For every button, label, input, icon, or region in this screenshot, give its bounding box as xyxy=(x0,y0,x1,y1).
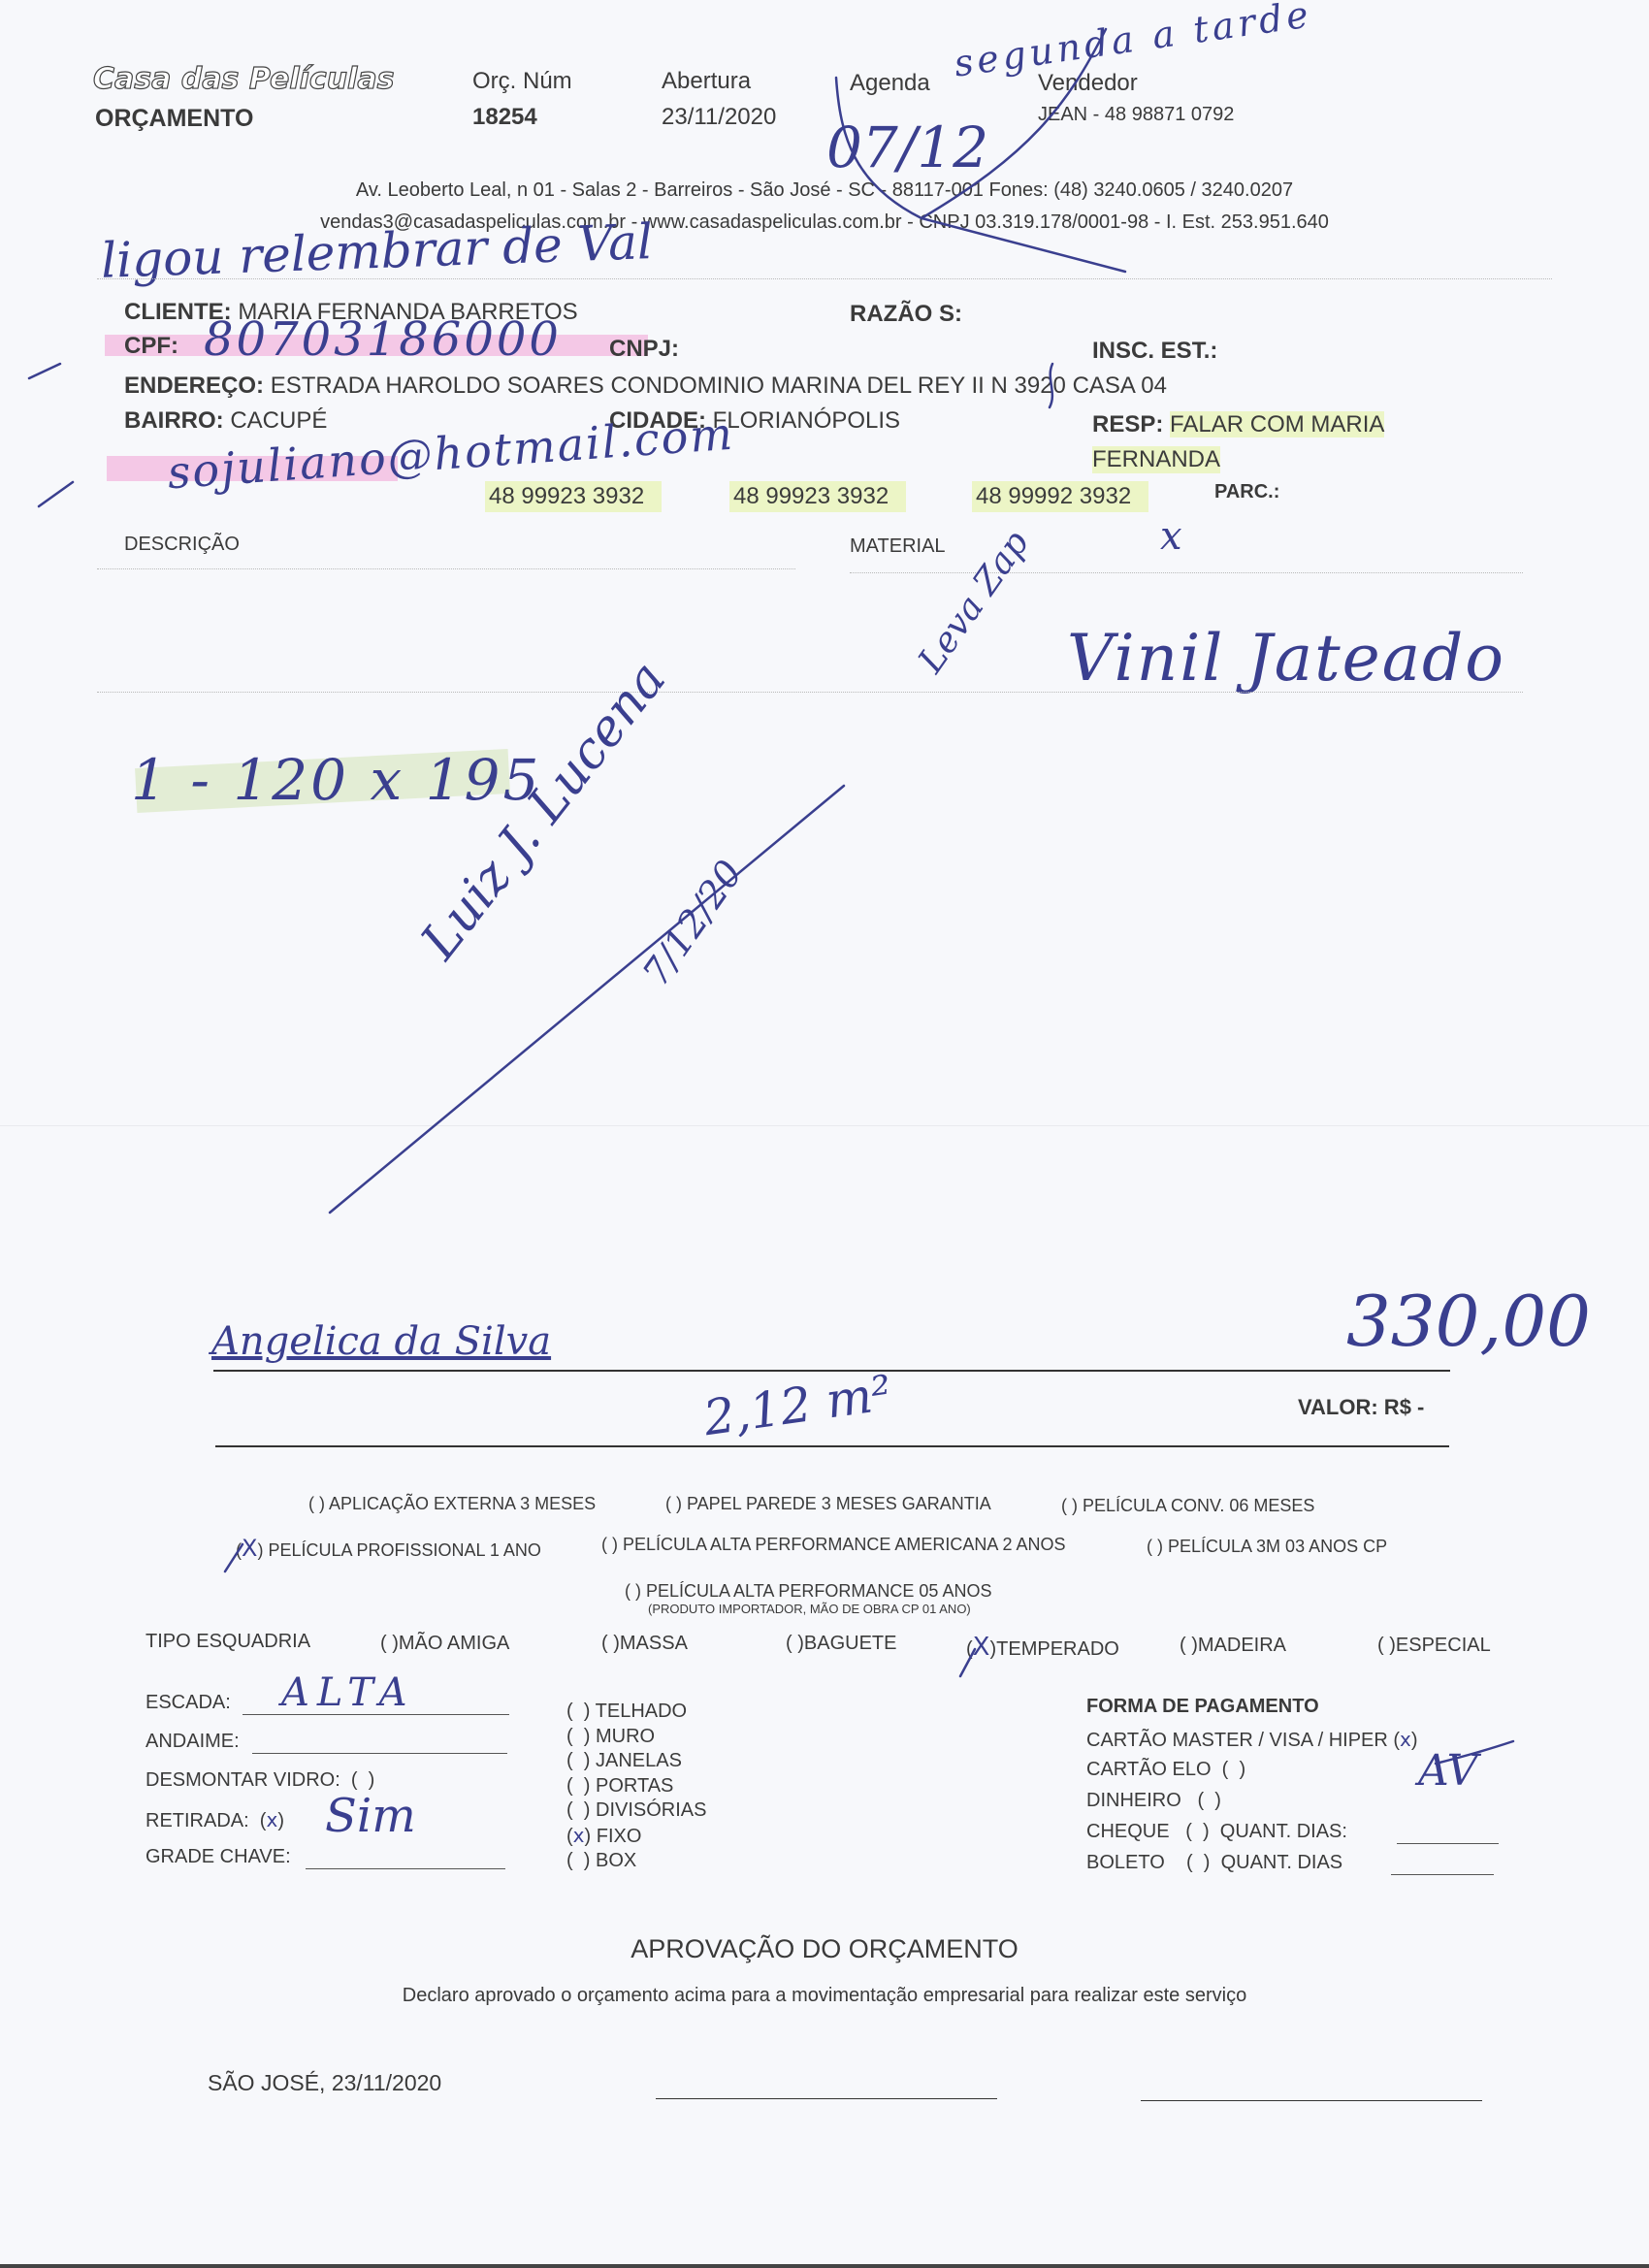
grade-chave-field[interactable] xyxy=(306,1868,505,1869)
esquadria-option-label: MÃO AMIGA xyxy=(399,1633,509,1654)
retirada-field[interactable]: RETIRADA: (x) xyxy=(145,1808,284,1832)
location-label: FIXO xyxy=(597,1826,642,1847)
company-address: Av. Leoberto Leal, n 01 - Salas 2 - Barr… xyxy=(0,179,1649,202)
valor-rule-2 xyxy=(215,1445,1449,1447)
bairro-label: BAIRRO: xyxy=(124,407,224,434)
warranty-option-2[interactable]: ( ) PELÍCULA CONV. 06 MESES xyxy=(1061,1496,1314,1516)
esquadria-option-label: TEMPERADO xyxy=(996,1638,1119,1660)
agenda-date-handwritten: 07/12 xyxy=(826,114,988,180)
resp-field: RESP: FALAR COM MARIA xyxy=(1092,411,1384,438)
endereco-field: ENDEREÇO: ESTRADA HAROLDO SOARES CONDOMI… xyxy=(124,373,1167,400)
payment-dinheiro-label: DINHEIRO xyxy=(1086,1790,1181,1811)
signature-diagonal-stroke xyxy=(330,786,844,1213)
esquadria-option-0[interactable]: ( )MÃO AMIGA xyxy=(380,1633,509,1655)
margin-tick-2 xyxy=(39,482,73,506)
location-option-4[interactable]: ( ) DIVISÓRIAS xyxy=(566,1798,706,1824)
location-label: BOX xyxy=(596,1850,636,1871)
vendedor-value: JEAN - 48 98871 0792 xyxy=(1038,104,1234,126)
esquadria-option-label: MADEIRA xyxy=(1198,1635,1286,1656)
material-label: MATERIAL xyxy=(850,535,946,558)
endereco-value: ESTRADA HAROLDO SOARES CONDOMINIO MARINA… xyxy=(271,373,1167,399)
material-check-handwritten: x xyxy=(1160,514,1182,559)
payment-elo-label: CARTÃO ELO xyxy=(1086,1759,1212,1780)
installer-handwritten: Angelica da Silva xyxy=(211,1319,551,1364)
payment-cheque[interactable]: CHEQUE ( ) QUANT. DIAS: xyxy=(1086,1821,1347,1843)
warranty-option-3[interactable]: (X) PELÍCULA PROFISSIONAL 1 ANO xyxy=(236,1535,541,1562)
esquadria-option-label: BAGUETE xyxy=(804,1633,897,1654)
payment-dinheiro[interactable]: DINHEIRO ( ) xyxy=(1086,1790,1221,1812)
checkbox-temperado-checked[interactable]: X xyxy=(973,1633,990,1662)
abertura-date: 23/11/2020 xyxy=(662,104,776,131)
approval-place-date: SÃO JOSÉ, 23/11/2020 xyxy=(208,2070,441,2096)
paper-fold xyxy=(0,1125,1649,1126)
payment-master-checked[interactable]: x xyxy=(1400,1728,1411,1751)
brand-logo: Casa das Películas xyxy=(93,62,394,96)
esquadria-option-3[interactable]: (X)TEMPERADO xyxy=(966,1633,1119,1662)
location-label: MURO xyxy=(596,1726,655,1747)
company-signature-line[interactable] xyxy=(1141,2100,1482,2101)
location-label: JANELAS xyxy=(596,1750,682,1771)
phone-2: 48 99923 3932 xyxy=(729,481,906,512)
location-option-1[interactable]: ( ) MURO xyxy=(566,1725,706,1750)
location-label: TELHADO xyxy=(596,1701,687,1722)
abertura-label: Abertura xyxy=(662,68,751,95)
item-line-handwritten: 1 - 120 x 195 xyxy=(131,747,541,813)
material-handwritten: Vinil Jateado xyxy=(1067,621,1505,696)
cpf-label: CPF: xyxy=(124,333,178,360)
location-option-2[interactable]: ( ) JANELAS xyxy=(566,1749,706,1774)
warranty-option-label: PELÍCULA ALTA PERFORMANCE 05 ANOS xyxy=(646,1581,991,1601)
location-option-0[interactable]: ( ) TELHADO xyxy=(566,1700,706,1725)
area-handwritten: 2,12 m² xyxy=(700,1365,895,1447)
resp-value-line1: FALAR COM MARIA xyxy=(1170,411,1384,437)
payment-note-handwritten: AV xyxy=(1418,1746,1477,1796)
valor-handwritten: 330,00 xyxy=(1346,1280,1591,1362)
divider-line xyxy=(97,278,1552,279)
andaime-field[interactable] xyxy=(252,1753,507,1754)
warranty-option-label: PAPEL PAREDE 3 MESES GARANTIA xyxy=(687,1494,991,1513)
bairro-field: BAIRRO: CACUPÉ xyxy=(124,407,327,435)
payment-master[interactable]: CARTÃO MASTER / VISA / HIPER (x) xyxy=(1086,1728,1418,1752)
margin-tick-1 xyxy=(29,364,60,378)
cidade-value: FLORIANÓPOLIS xyxy=(713,407,900,434)
phone-3: 48 99992 3932 xyxy=(972,481,1148,512)
descricao-rule xyxy=(97,568,795,569)
desmontar-label: DESMONTAR VIDRO: xyxy=(145,1769,340,1791)
escada-value-handwritten: ALTA xyxy=(281,1670,415,1715)
warranty-option-label: PELÍCULA PROFISSIONAL 1 ANO xyxy=(268,1540,540,1560)
esquadria-option-4[interactable]: ( )MADEIRA xyxy=(1180,1635,1286,1657)
esquadria-label: TIPO ESQUADRIA xyxy=(145,1631,310,1653)
escada-label: ESCADA: xyxy=(145,1692,231,1714)
warranty-option-label: PELÍCULA CONV. 06 MESES xyxy=(1083,1496,1314,1515)
warranty-option-1[interactable]: ( ) PAPEL PAREDE 3 MESES GARANTIA xyxy=(665,1494,991,1514)
material-rule xyxy=(850,572,1523,573)
resp-value-line2: FERNANDA xyxy=(1092,446,1220,473)
location-label: PORTAS xyxy=(596,1775,673,1797)
approval-statement: Declaro aprovado o orçamento acima para … xyxy=(0,1985,1649,2007)
warranty-option-label: PELÍCULA 3M 03 ANOS CP xyxy=(1168,1537,1387,1556)
valor-label: VALOR: R$ - xyxy=(1298,1395,1424,1420)
location-fixo-checked[interactable]: x xyxy=(573,1824,585,1847)
payment-cheque-label: CHEQUE xyxy=(1086,1821,1170,1842)
cpf-value-handwritten: 80703186000 xyxy=(204,312,562,367)
warranty-option-label: APLICAÇÃO EXTERNA 3 MESES xyxy=(329,1494,596,1513)
payment-title: FORMA DE PAGAMENTO xyxy=(1086,1696,1319,1718)
phone-1: 48 99923 3932 xyxy=(485,481,662,512)
orc-number: 18254 xyxy=(472,104,537,131)
endereco-label: ENDEREÇO: xyxy=(124,373,264,399)
orc-num-label: Orç. Núm xyxy=(472,68,572,95)
approval-title: APROVAÇÃO DO ORÇAMENTO xyxy=(0,1934,1649,1964)
signature-date-handwritten: 7/12/20 xyxy=(634,853,751,993)
cnpj-label: CNPJ: xyxy=(609,336,679,363)
warranty-option-4[interactable]: ( ) PELÍCULA ALTA PERFORMANCE AMERICANA … xyxy=(601,1535,1065,1555)
boleto-dias-label: QUANT. DIAS xyxy=(1221,1852,1343,1873)
location-option-6[interactable]: ( ) BOX xyxy=(566,1849,706,1874)
location-option-3[interactable]: ( ) PORTAS xyxy=(566,1774,706,1799)
warranty-option-5[interactable]: ( ) PELÍCULA 3M 03 ANOS CP xyxy=(1147,1537,1387,1557)
grade-chave-label: GRADE CHAVE: xyxy=(145,1846,291,1868)
paper-bottom-edge xyxy=(0,2264,1649,2268)
retirada-value-handwritten: Sim xyxy=(325,1789,416,1843)
descricao-label: DESCRIÇÃO xyxy=(124,534,240,556)
esquadria-option-label: ESPECIAL xyxy=(1396,1635,1491,1656)
doc-type-title: ORÇAMENTO xyxy=(95,105,253,133)
location-label: DIVISÓRIAS xyxy=(596,1799,706,1821)
bairro-value: CACUPÉ xyxy=(230,407,327,434)
esquadria-option-2[interactable]: ( )BAGUETE xyxy=(786,1633,896,1655)
payment-boleto[interactable]: BOLETO ( ) QUANT. DIAS xyxy=(1086,1852,1342,1874)
cheque-dias-label: QUANT. DIAS: xyxy=(1220,1821,1347,1842)
checkbox-3-checked[interactable]: X xyxy=(242,1535,257,1562)
esquadria-option-1[interactable]: ( )MASSA xyxy=(601,1633,688,1655)
payment-master-label: CARTÃO MASTER / VISA / HIPER xyxy=(1086,1730,1388,1751)
andaime-label: ANDAIME: xyxy=(145,1731,240,1753)
retirada-checked[interactable]: x xyxy=(266,1808,277,1831)
warranty-option-label: PELÍCULA ALTA PERFORMANCE AMERICANA 2 AN… xyxy=(623,1535,1065,1554)
agenda-label: Agenda xyxy=(850,70,930,97)
locations-list: ( ) TELHADO ( ) MURO ( ) JANELAS ( ) POR… xyxy=(566,1700,706,1874)
cheque-dias-field[interactable] xyxy=(1397,1843,1499,1844)
razao-label: RAZÃO S: xyxy=(850,301,962,328)
client-signature-line[interactable] xyxy=(656,2098,997,2099)
warranty-option-0[interactable]: ( ) APLICAÇÃO EXTERNA 3 MESES xyxy=(308,1494,596,1514)
warranty-option-6[interactable]: ( ) PELÍCULA ALTA PERFORMANCE 05 ANOS xyxy=(625,1581,991,1602)
payment-elo[interactable]: CARTÃO ELO ( ) xyxy=(1086,1759,1245,1781)
esquadria-option-label: MASSA xyxy=(620,1633,688,1654)
warranty-footnote: (PRODUTO IMPORTADOR, MÃO DE OBRA CP 01 A… xyxy=(648,1602,971,1616)
location-option-5[interactable]: (x) FIXO xyxy=(566,1824,706,1850)
payment-boleto-label: BOLETO xyxy=(1086,1852,1165,1873)
retirada-label: RETIRADA: xyxy=(145,1810,249,1831)
resp-label: RESP: xyxy=(1092,411,1163,437)
parc-label: PARC.: xyxy=(1214,481,1279,503)
esquadria-option-5[interactable]: ( )ESPECIAL xyxy=(1377,1635,1491,1657)
item-rule xyxy=(97,692,1523,693)
insc-est-label: INSC. EST.: xyxy=(1092,338,1217,365)
boleto-dias-field[interactable] xyxy=(1391,1874,1494,1875)
vendedor-label: Vendedor xyxy=(1038,70,1138,97)
